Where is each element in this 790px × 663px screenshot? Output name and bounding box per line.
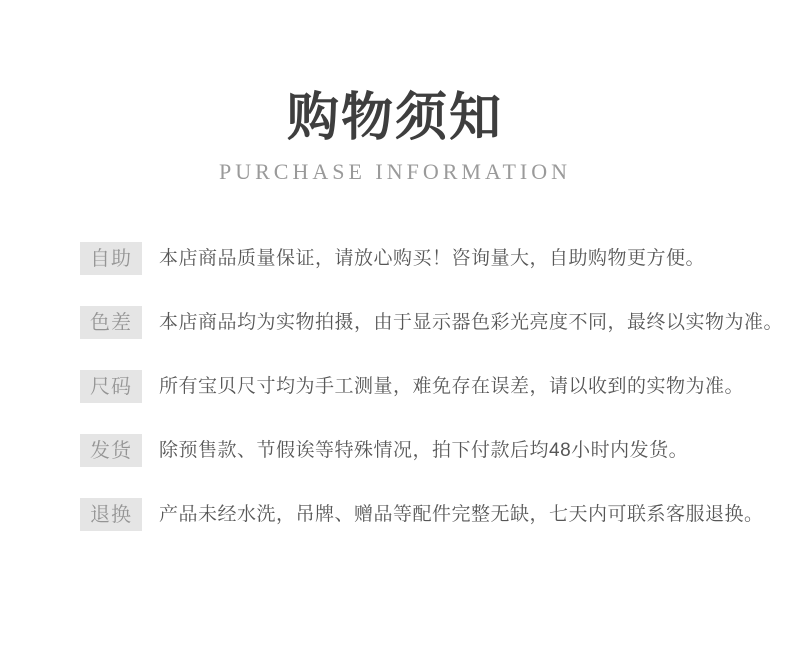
page-title: 购物须知 bbox=[0, 90, 790, 147]
notice-row-shipping: 发货 除预售款、节假诶等特殊情况，拍下付款后均48小时内发货。 bbox=[80, 434, 712, 467]
notice-row-sizing: 尺码 所有宝贝尺寸均为手工测量，难免存在误差，请以收到的实物为准。 bbox=[80, 370, 712, 403]
notice-text-color-difference: 本店商品均为实物拍摄，由于显示器色彩光亮度不同，最终以实物为准。 bbox=[159, 313, 783, 332]
notice-label-returns: 退换 bbox=[80, 498, 142, 531]
notice-row-self-service: 自助 本店商品质量保证，请放心购买！咨询量大，自助购物更方便。 bbox=[80, 242, 712, 275]
notice-row-returns: 退换 产品未经水洗，吊牌、赠品等配件完整无缺，七天内可联系客服退换。 bbox=[80, 498, 712, 531]
notice-row-color-difference: 色差 本店商品均为实物拍摄，由于显示器色彩光亮度不同，最终以实物为准。 bbox=[80, 306, 712, 339]
notice-list: 自助 本店商品质量保证，请放心购买！咨询量大，自助购物更方便。 色差 本店商品均… bbox=[0, 242, 790, 531]
notice-text-shipping: 除预售款、节假诶等特殊情况，拍下付款后均48小时内发货。 bbox=[159, 441, 688, 460]
notice-label-sizing: 尺码 bbox=[80, 370, 142, 403]
purchase-information-page: 购物须知 PURCHASE INFORMATION 自助 本店商品质量保证，请放… bbox=[0, 0, 790, 663]
notice-text-self-service: 本店商品质量保证，请放心购买！咨询量大，自助购物更方便。 bbox=[159, 249, 705, 268]
notice-label-shipping: 发货 bbox=[80, 434, 142, 467]
page-subtitle: PURCHASE INFORMATION bbox=[0, 159, 790, 185]
notice-text-sizing: 所有宝贝尺寸均为手工测量，难免存在误差，请以收到的实物为准。 bbox=[159, 377, 744, 396]
page-header: 购物须知 PURCHASE INFORMATION bbox=[0, 0, 790, 185]
notice-text-returns: 产品未经水洗，吊牌、赠品等配件完整无缺，七天内可联系客服退换。 bbox=[159, 505, 764, 524]
notice-label-self-service: 自助 bbox=[80, 242, 142, 275]
notice-label-color-difference: 色差 bbox=[80, 306, 142, 339]
